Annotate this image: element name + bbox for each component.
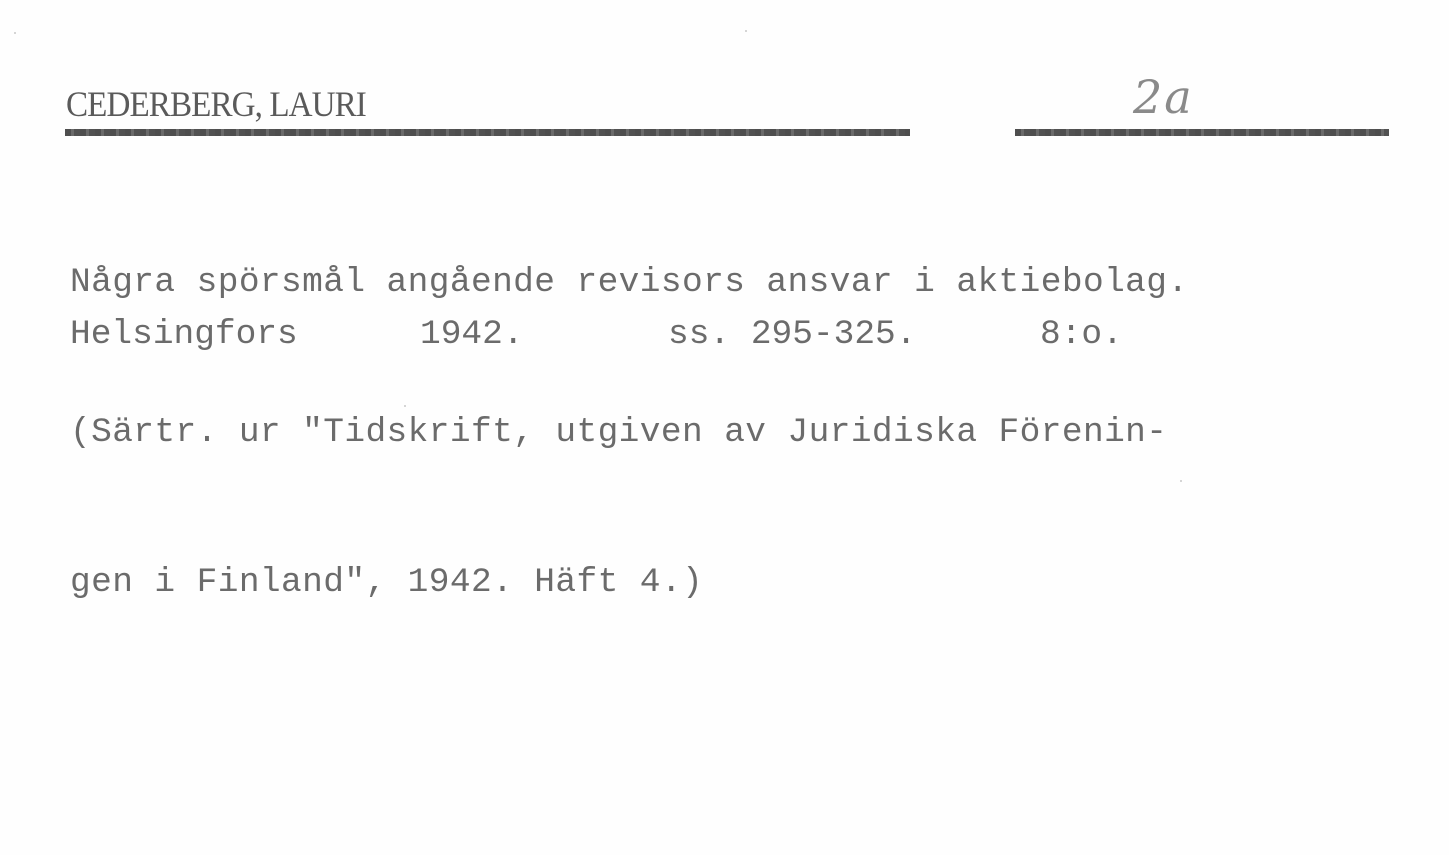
call-number: 2a [1133, 74, 1194, 120]
imprint-year: 1942. [420, 310, 524, 360]
imprint-place: Helsingfors [70, 310, 298, 360]
imprint-pages: ss. 295-325. [668, 310, 916, 360]
paper-speck [745, 30, 747, 32]
paper-speck [1180, 480, 1182, 482]
author-heading: CEDERBERG, LAURI [66, 86, 366, 122]
paper-speck [14, 32, 16, 34]
paper-speck [404, 405, 406, 407]
title-line: Några spörsmål angående revisors ansvar … [70, 258, 1188, 308]
title-line: gen i Finland", 1942. Häft 4.) [70, 558, 1188, 608]
call-number-underline [1015, 129, 1389, 136]
heading-underline [65, 129, 910, 136]
title-line: (Särtr. ur "Tidskrift, utgiven av Juridi… [70, 408, 1188, 458]
catalog-card: CEDERBERG, LAURI 2a Några spörsmål angåe… [0, 0, 1449, 855]
imprint-format: 8:o. [1040, 310, 1123, 360]
title-block: Några spörsmål angående revisors ansvar … [70, 158, 1188, 708]
